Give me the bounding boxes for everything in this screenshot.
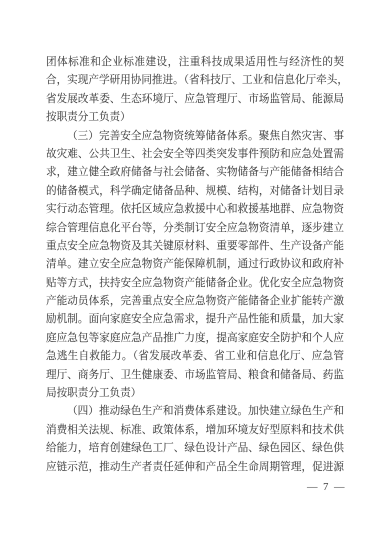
text-line: 急逃生自救能力。（省发展改革委、省工业和信息化厅、应急管 <box>46 348 344 366</box>
text-line: 理厅、商务厅、卫生健康委、市场监管局、粮食和储备局、药监 <box>46 367 344 385</box>
text-line: 贴等方式，扶持安全应急物资产能储备企业。优化安全应急物资 <box>46 275 344 293</box>
document-page: 团体标准和企业标准建设，注重科技成果适用性与经济性的契合，实现产学研用协同推进。… <box>0 0 390 550</box>
text-line: （四）推动绿色生产和消费体系建设。加快建立绿色生产和 <box>46 403 344 421</box>
text-line: 故灾难、公共卫生、社会安全等四类突发事件预防和应急处置需 <box>46 146 344 164</box>
text-line: 应链示范，推动生产者责任延伸和产品全生命周期管理，促进源 <box>46 459 344 477</box>
text-line: 产能动员体系，完善重点安全应急物资产能储备企业扩能转产激 <box>46 293 344 311</box>
page-number: — 7 — <box>307 481 346 495</box>
text-line: 综合管理信息化平台等，分类制订安全应急物资清单，逐步建立 <box>46 220 344 238</box>
text-line: 的储备模式，科学确定储备品种、规模、结构，对储备计划目录 <box>46 183 344 201</box>
text-line: 庭应急包等家庭应急产品推广力度，提高家庭安全防护和个人应 <box>46 330 344 348</box>
text-line: 求，建立健全政府储备与社会储备、实物储备与产能储备相结合 <box>46 164 344 182</box>
text-line: 励机制。面向家庭安全应急需求，提升产品性能和质量，加大家 <box>46 311 344 329</box>
text-line: 给能力，培育创建绿色工厂、绿色设计产品、绿色园区、绿色供 <box>46 440 344 458</box>
document-body: 团体标准和企业标准建设，注重科技成果适用性与经济性的契合，实现产学研用协同推进。… <box>46 54 344 477</box>
text-line: （三）完善安全应急物资统筹储备体系。聚焦自然灾害、事 <box>46 128 344 146</box>
text-line: 合，实现产学研用协同推进。（省科技厅、工业和信息化厅牵头， <box>46 72 344 90</box>
text-line: 团体标准和企业标准建设，注重科技成果适用性与经济性的契 <box>46 54 344 72</box>
text-line: 局按职责分工负责） <box>46 385 344 403</box>
text-line: 清单。建立安全应急物资产能保障机制，通过行政协议和政府补 <box>46 256 344 274</box>
text-line: 按职责分工负责） <box>46 109 344 127</box>
text-line: 重点安全应急物资及其关键原材料、重要零部件、生产设备产能 <box>46 238 344 256</box>
text-line: 省发展改革委、生态环境厅、应急管理厅、市场监管局、能源局 <box>46 91 344 109</box>
text-line: 消费相关法规、标准、政策体系，增加环境友好型原料和技术供 <box>46 422 344 440</box>
text-line: 实行动态管理。依托区域应急救援中心和救援基地群、应急物资 <box>46 201 344 219</box>
